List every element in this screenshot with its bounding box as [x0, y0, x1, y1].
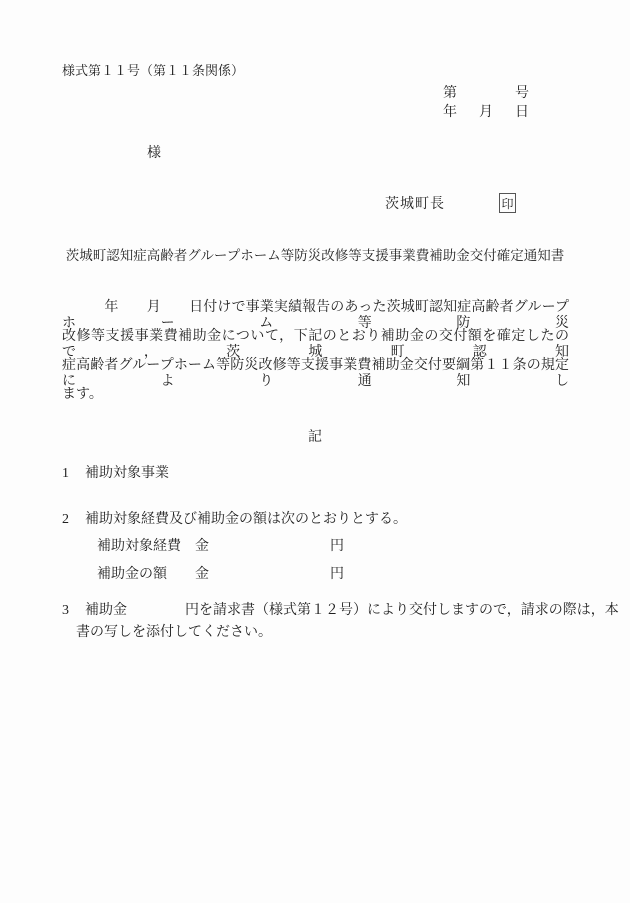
- paragraph-line: 症高齢者グループホーム等防災改修等支援事業費補助金交付要綱第１１条の規定により通…: [62, 358, 569, 390]
- addressee-honorific: 様: [147, 146, 161, 162]
- amount-currency-prefix: 金: [195, 539, 209, 555]
- form-number: 様式第１１号（第１１条関係）: [62, 64, 244, 79]
- document-page: 様式第１１号（第１１条関係） 第 号 年 月 日 様 茨城町長 印 茨城町認知症…: [0, 0, 630, 903]
- doc-number-line: 第 号: [443, 86, 529, 102]
- issuer-name: 茨城町長: [385, 197, 445, 213]
- date-year-label: 年: [443, 105, 457, 121]
- item-2-text: 補助対象経費及び補助金の額は次のとおりとする。: [85, 512, 407, 528]
- document-title: 茨城町認知症高齢者グループホーム等防災改修等支援事業費補助金交付確定通知書: [0, 244, 630, 264]
- item-3-label: 補助金: [85, 603, 127, 619]
- item-1-number: 1: [62, 466, 69, 482]
- amount-unit: 円: [330, 567, 344, 583]
- item-3-text: 円を請求書（様式第１２号）により交付しますので，請求の際は，本: [185, 603, 619, 619]
- seal-placeholder-icon: 印: [499, 193, 516, 213]
- item-1-text: 補助対象事業: [85, 466, 169, 482]
- date-month-label: 月: [479, 105, 493, 121]
- doc-number-prefix: 第: [443, 86, 457, 102]
- ki-separator: 記: [0, 426, 630, 446]
- item-2-number: 2: [62, 512, 69, 528]
- paragraph-line: ます。: [62, 387, 569, 403]
- amount-label: 補助対象経費: [97, 539, 181, 555]
- paragraph-line: 年 月 日付けで事業実績報告のあった茨城町認知症高齢者グループホーム等防災: [62, 300, 569, 332]
- doc-number-suffix: 号: [515, 86, 529, 102]
- date-line: 年 月 日: [443, 105, 529, 121]
- amount-currency-prefix: 金: [195, 567, 209, 583]
- date-day-label: 日: [515, 105, 529, 121]
- amount-label: 補助金の額: [97, 567, 167, 583]
- item-3-text-line2: 書の写しを添付してください。: [76, 625, 272, 641]
- amount-unit: 円: [330, 539, 344, 555]
- item-3-number: 3: [62, 603, 69, 619]
- paragraph-line: 改修等支援事業費補助金について，下記のとおり補助金の交付額を確定したので，茨城町…: [62, 329, 569, 361]
